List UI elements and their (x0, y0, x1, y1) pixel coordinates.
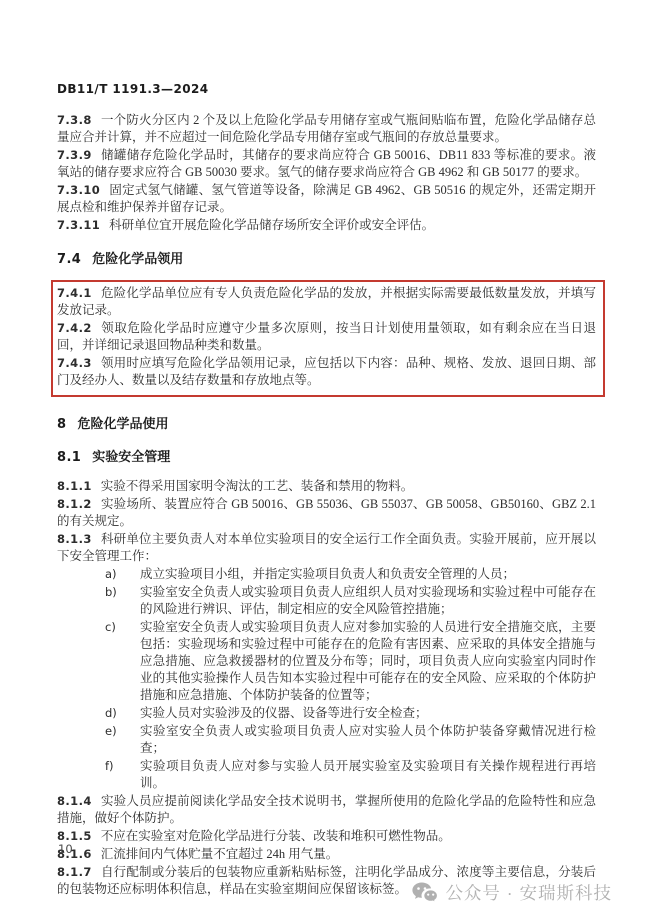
list-item-c: c) 实验室安全负责人或实验项目负责人应对参加实验的人员进行安全措施交底，主要包… (57, 619, 596, 704)
clause-text: 实验场所、装置应符合 GB 50016、GB 55036、GB 55037、GB… (57, 497, 596, 528)
clause-number: 7.3.8 (57, 113, 92, 127)
watermark: 公众号 · 安瑞斯科技 (412, 880, 612, 905)
clause-number: 7.3.10 (57, 183, 100, 197)
list-item-b: b) 实验室安全负责人或实验项目负责人应组织人员对实验现场和实验过程中可能存在的… (57, 584, 596, 618)
list-letter: a) (105, 566, 140, 583)
clause-8-1-3: 8.1.3科研单位主要负责人对本单位实验项目的安全运行工作全面负责。实验开展前，… (57, 531, 596, 565)
list-text: 实验室安全负责人或实验项目负责人应对实验人员个体防护装备穿戴情况进行检查； (140, 723, 596, 757)
clause-8-1-2: 8.1.2实验场所、装置应符合 GB 50016、GB 55036、GB 550… (57, 496, 596, 530)
heading-number: 7.4 (57, 252, 81, 267)
clause-text: 实验人员应提前阅读化学品安全技术说明书，掌握所使用的危险化学品的危险特性和应急措… (57, 794, 596, 825)
document-page: { "document": { "header": "DB11/T 1191.3… (0, 0, 650, 920)
list-text: 实验室安全负责人或实验项目负责人应对参加实验的人员进行安全措施交底，主要包括：实… (140, 619, 596, 704)
clause-7-3-11: 7.3.11科研单位宜开展危险化学品储存场所安全评价或安全评估。 (57, 217, 596, 234)
heading-title: 危险化学品使用 (77, 417, 168, 432)
clause-8-1-6: 8.1.6汇流排间内气体贮量不宜超过 24h 用气量。 (57, 846, 596, 863)
clause-number: 8.1.3 (57, 532, 92, 546)
clause-text: 汇流排间内气体贮量不宜超过 24h 用气量。 (101, 847, 339, 861)
clause-number: 8.1.4 (57, 794, 92, 808)
clause-number: 7.3.11 (57, 218, 100, 232)
page-content: DB11/T 1191.3—2024 7.3.8一个防火分区内 2 个及以上危险… (57, 82, 596, 899)
clause-number: 8.1.7 (57, 865, 92, 879)
clause-7-3-8: 7.3.8一个防火分区内 2 个及以上危险化学品专用储存室或气瓶间贴临布置，危险… (57, 112, 596, 146)
clause-text: 领用时应填写危险化学品领用记录，应包括以下内容：品种、规格、发放、退回日期、部门… (57, 356, 596, 387)
clause-8-1-5: 8.1.5不应在实验室对危险化学品进行分装、改装和堆积可燃性物品。 (57, 828, 596, 845)
standard-number-header: DB11/T 1191.3—2024 (57, 82, 596, 96)
clause-text: 固定式氢气储罐、氢气管道等设备，除满足 GB 4962、GB 50516 的规定… (57, 183, 596, 214)
clause-number: 7.4.2 (57, 321, 92, 335)
clause-text: 危险化学品单位应有专人负责危险化学品的发放，并根据实际需要最低数量发放，并填写发… (57, 286, 596, 317)
clause-number: 7.4.1 (57, 286, 92, 300)
clause-number: 7.4.3 (57, 356, 92, 370)
clause-text: 实验不得采用国家明令淘汰的工艺、装备和禁用的物料。 (101, 479, 414, 493)
list-item-a: a) 成立实验项目小组，并指定实验项目负责人和负责安全管理的人员； (57, 566, 596, 583)
clause-number: 8.1.1 (57, 479, 92, 493)
clause-7-4-3: 7.4.3领用时应填写危险化学品领用记录，应包括以下内容：品种、规格、发放、退回… (57, 355, 596, 389)
clause-text: 储罐储存危险化学品时，其储存的要求尚应符合 GB 50016、DB11 833 … (57, 148, 596, 179)
clause-7-4-2: 7.4.2领取危险化学品时应遵守少量多次原则，按当日计划使用量领取，如有剩余应在… (57, 320, 596, 354)
heading-title: 实验安全管理 (92, 450, 170, 465)
list-letter: d) (105, 705, 140, 722)
heading-number: 8.1 (57, 450, 81, 465)
list-item-e: e) 实验室安全负责人或实验项目负责人应对实验人员个体防护装备穿戴情况进行检查； (57, 723, 596, 757)
heading-7-4: 7.4危险化学品领用 (57, 248, 596, 267)
list-text: 成立实验项目小组，并指定实验项目负责人和负责安全管理的人员； (140, 566, 596, 583)
list-letter: f) (105, 758, 140, 792)
red-highlight-box: 7.4.1危险化学品单位应有专人负责危险化学品的发放，并根据实际需要最低数量发放… (51, 280, 605, 397)
heading-8-1: 8.1实验安全管理 (57, 446, 596, 465)
list-letter: b) (105, 584, 140, 618)
list-item-f: f) 实验项目负责人应对参与实验人员开展实验室及实验项目有关操作规程进行再培训。 (57, 758, 596, 792)
list-text: 实验室安全负责人或实验项目负责人应组织人员对实验现场和实验过程中可能存在的风险进… (140, 584, 596, 618)
clause-text: 科研单位宜开展危险化学品储存场所安全评价或安全评估。 (109, 218, 434, 232)
clause-7-3-10: 7.3.10固定式氢气储罐、氢气管道等设备，除满足 GB 4962、GB 505… (57, 182, 596, 216)
watermark-text: 公众号 · 安瑞斯科技 (445, 880, 612, 905)
clause-number: 8.1.5 (57, 829, 92, 843)
clause-8-1-1: 8.1.1实验不得采用国家明令淘汰的工艺、装备和禁用的物料。 (57, 478, 596, 495)
page-number: 10 (58, 842, 73, 856)
clause-number: 8.1.2 (57, 497, 92, 511)
clause-number: 7.3.9 (57, 148, 92, 162)
list-item-d: d) 实验人员对实验涉及的仪器、设备等进行安全检查； (57, 705, 596, 722)
clause-text: 科研单位主要负责人对本单位实验项目的安全运行工作全面负责。实验开展前，应开展以下… (57, 532, 596, 563)
clause-text: 领取危险化学品时应遵守少量多次原则，按当日计划使用量领取，如有剩余应在当日退回，… (57, 321, 596, 352)
clause-7-4-1: 7.4.1危险化学品单位应有专人负责危险化学品的发放，并根据实际需要最低数量发放… (57, 285, 596, 319)
list-letter: e) (105, 723, 140, 757)
list-letter: c) (105, 619, 140, 704)
clause-8-1-4: 8.1.4实验人员应提前阅读化学品安全技术说明书，掌握所使用的危险化学品的危险特… (57, 793, 596, 827)
heading-title: 危险化学品领用 (92, 252, 183, 267)
lettered-list: a) 成立实验项目小组，并指定实验项目负责人和负责安全管理的人员； b) 实验室… (57, 566, 596, 792)
heading-8: 8危险化学品使用 (57, 413, 596, 432)
wechat-icon (412, 882, 438, 904)
clause-7-3-9: 7.3.9储罐储存危险化学品时，其储存的要求尚应符合 GB 50016、DB11… (57, 147, 596, 181)
list-text: 实验项目负责人应对参与实验人员开展实验室及实验项目有关操作规程进行再培训。 (140, 758, 596, 792)
heading-number: 8 (57, 417, 66, 432)
clause-text: 不应在实验室对危险化学品进行分装、改装和堆积可燃性物品。 (101, 829, 451, 843)
clause-text: 一个防火分区内 2 个及以上危险化学品专用储存室或气瓶间贴临布置，危险化学品储存… (57, 113, 596, 144)
list-text: 实验人员对实验涉及的仪器、设备等进行安全检查； (140, 705, 596, 722)
